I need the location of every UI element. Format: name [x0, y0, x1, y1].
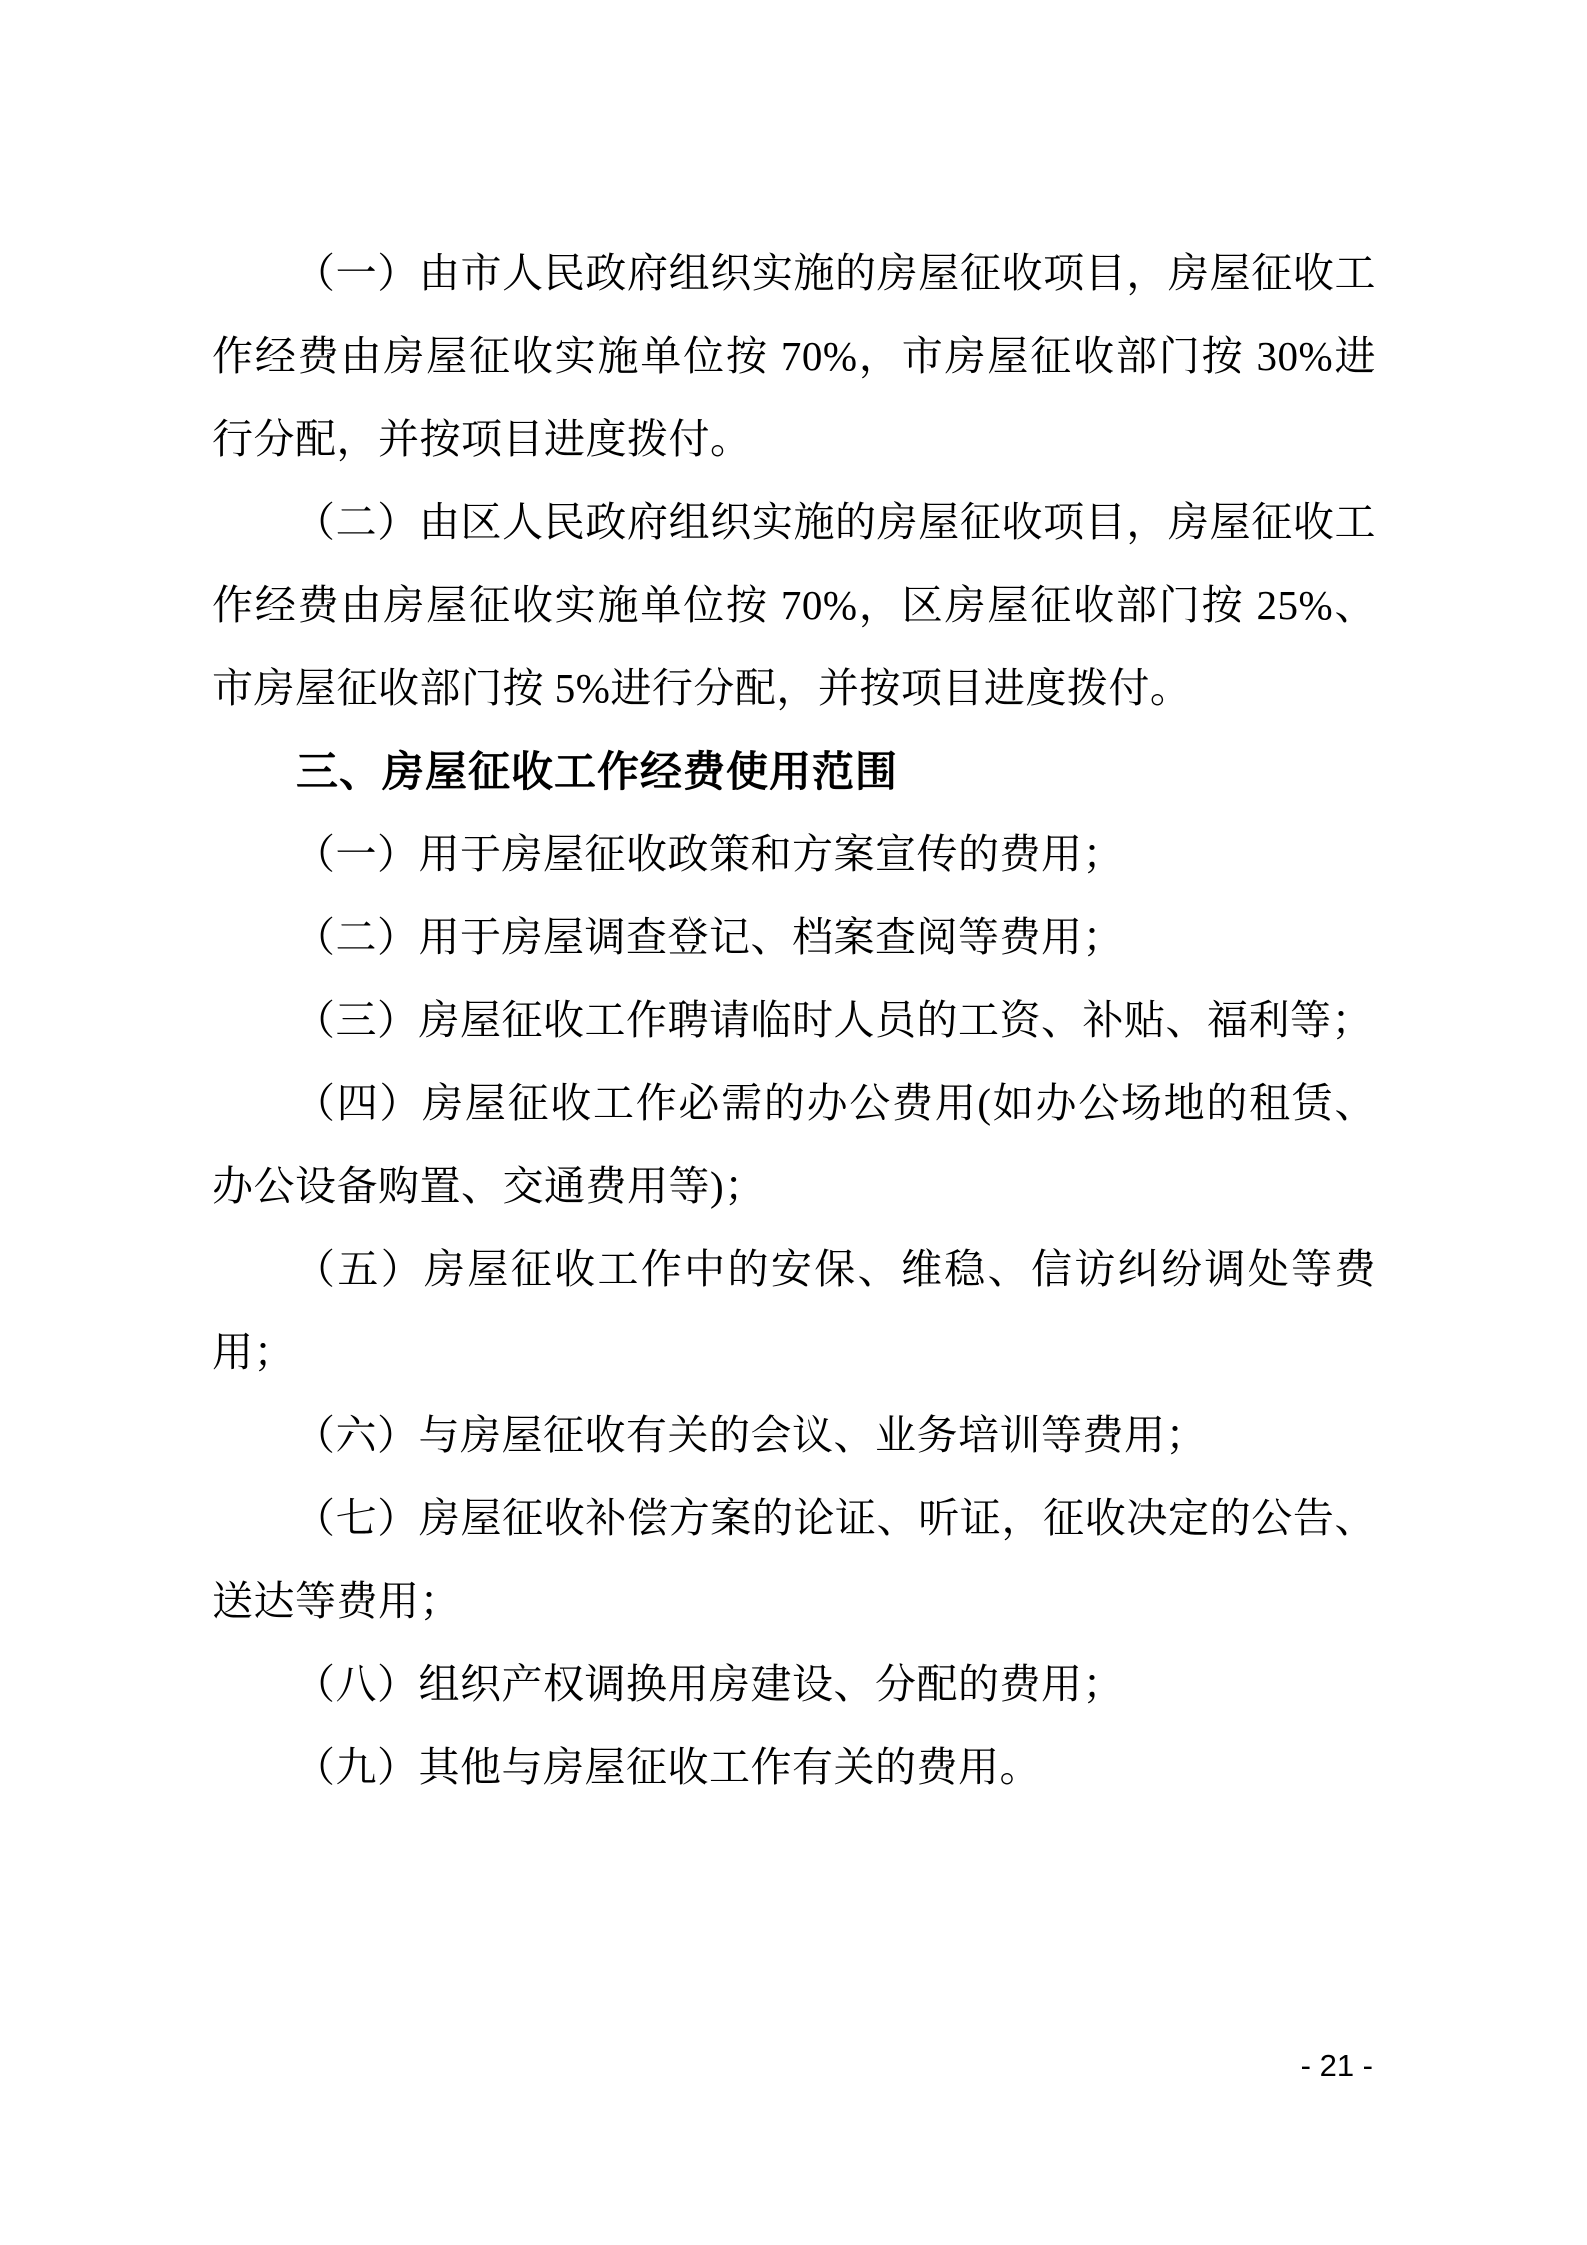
- page-number: - 21 -: [1301, 2046, 1373, 2086]
- list-item-2-survey-registration: （二）用于房屋调查登记、档案查阅等费用；: [212, 896, 1376, 979]
- list-item-1-publicity-fees: （一）用于房屋征收政策和方案宣传的费用；: [212, 813, 1376, 896]
- list-item-5-security-mediation: （五）房屋征收工作中的安保、维稳、信访纠纷调处等费用；: [212, 1228, 1376, 1394]
- list-item-7-hearings-notices: （七）房屋征收补偿方案的论证、听证，征收决定的公告、送达等费用；: [212, 1477, 1376, 1643]
- document-body: （一）由市人民政府组织实施的房屋征收项目，房屋征收工作经费由房屋征收实施单位按 …: [212, 232, 1376, 1809]
- paragraph-item-1-city-projects: （一）由市人民政府组织实施的房屋征收项目，房屋征收工作经费由房屋征收实施单位按 …: [212, 232, 1376, 481]
- list-item-4-office-expenses: （四）房屋征收工作必需的办公费用(如办公场地的租赁、办公设备购置、交通费用等)；: [212, 1062, 1376, 1228]
- list-item-3-temp-staff-wages: （三）房屋征收工作聘请临时人员的工资、补贴、福利等；: [212, 979, 1376, 1062]
- list-item-9-other-fees: （九）其他与房屋征收工作有关的费用。: [212, 1726, 1376, 1809]
- list-item-8-property-swap-housing: （八）组织产权调换用房建设、分配的费用；: [212, 1643, 1376, 1726]
- paragraph-item-2-district-projects: （二）由区人民政府组织实施的房屋征收项目，房屋征收工作经费由房屋征收实施单位按 …: [212, 481, 1376, 730]
- list-item-6-meetings-training: （六）与房屋征收有关的会议、业务培训等费用；: [212, 1394, 1376, 1477]
- section-heading-usage-scope: 三、房屋征收工作经费使用范围: [212, 730, 1376, 813]
- document-page: （一）由市人民政府组织实施的房屋征收项目，房屋征收工作经费由房屋征收实施单位按 …: [0, 0, 1587, 2245]
